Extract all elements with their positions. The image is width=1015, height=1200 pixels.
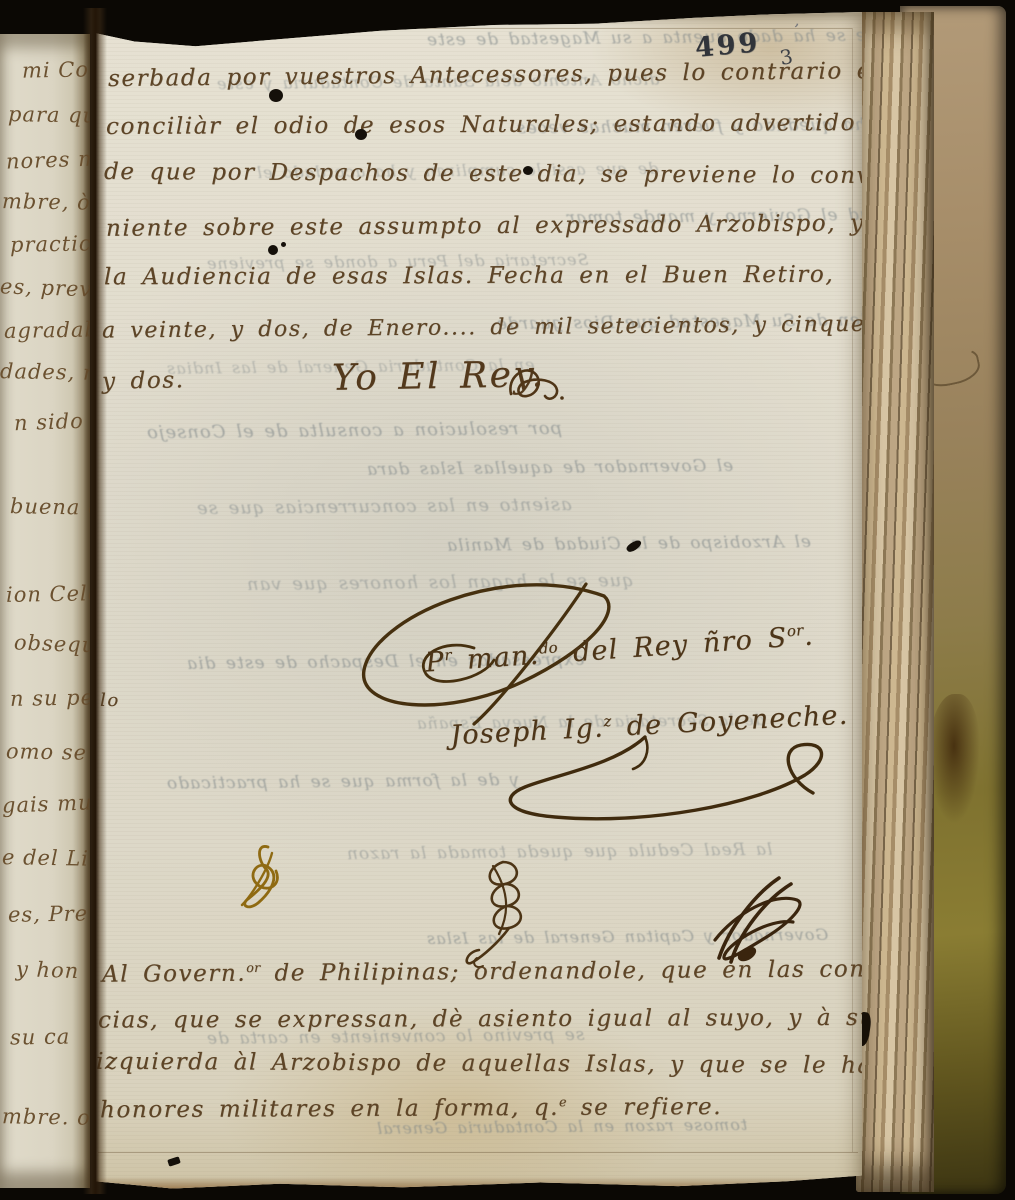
ruled-frame-line bbox=[852, 28, 853, 1152]
facing-text-fragment: ion Cele bbox=[6, 581, 90, 607]
facing-text-fragment: omo se bbox=[6, 739, 88, 764]
summary-line: izquierda àl Arzobispo de aquellas Islas… bbox=[96, 1049, 973, 1080]
decree-line: niente sobre este assumpto al expressado… bbox=[106, 210, 894, 241]
facing-text-fragment: buena ca bbox=[10, 494, 90, 520]
summary-line: Al Govern.or de Philipinas; ordenandole,… bbox=[102, 955, 963, 988]
decree-line: la Audiencia de esas Islas. Fecha en el … bbox=[104, 262, 834, 291]
manuscript-page: que se ha dado quenta a su Magestad de e… bbox=[96, 12, 862, 1192]
bleedthrough-line: el Governador de aquellas Islas dara bbox=[366, 456, 733, 480]
facing-text-fragment: dades, n bbox=[0, 359, 90, 385]
facing-text-fragment: n su per bbox=[10, 685, 90, 711]
decree-line: conciliàr el odio de esos Naturales; est… bbox=[106, 110, 856, 140]
ink-blot bbox=[269, 89, 283, 102]
facing-text-fragment: es, Prev bbox=[8, 901, 90, 927]
manuscript-scan: mi Co para que nores m mbre, òs practica… bbox=[0, 0, 1015, 1200]
facing-text-fragment: e del Lib bbox=[2, 845, 90, 871]
facing-text-fragment: para que bbox=[8, 102, 90, 128]
facing-text-fragment: mbre. o bbox=[2, 1104, 90, 1130]
facing-text-fragment: practica bbox=[10, 231, 90, 257]
facing-text-fragment: mi Co bbox=[22, 57, 89, 82]
summary-line: cias, que se expressan, dè asiento igual… bbox=[98, 1004, 960, 1033]
signature-flourish-icon bbox=[495, 735, 835, 830]
ink-blot bbox=[268, 245, 278, 255]
ink-blot bbox=[523, 166, 533, 175]
folio-number: 499 bbox=[694, 27, 762, 64]
ink-blot bbox=[281, 242, 286, 247]
facing-text-fragment: agradable bbox=[4, 317, 90, 343]
decree-line: de que por Despachos de este dia, se pre… bbox=[104, 159, 896, 189]
facing-text-fragment: y hon bbox=[16, 957, 80, 983]
facing-text-fragment: es, previ bbox=[0, 274, 90, 301]
facing-text-fragment: nores m bbox=[6, 146, 90, 173]
facing-page-edge: mi Co para que nores m mbre, òs practica… bbox=[0, 34, 90, 1188]
bleedthrough-line: por resolucion a consulta de el Consejo bbox=[146, 418, 562, 443]
bleedthrough-line: y de la forma que se ha practicado bbox=[166, 770, 520, 794]
ruled-frame-line bbox=[98, 1152, 858, 1153]
cover-stain bbox=[928, 694, 980, 824]
gold-rubric-icon bbox=[228, 841, 294, 913]
bleedthrough-line: asiento en las concurrencias que se bbox=[196, 494, 572, 519]
facing-text-fragment: n sido bbox=[14, 409, 85, 435]
facing-text-fragment: obsequi bbox=[14, 630, 90, 657]
ink-blot bbox=[355, 129, 367, 140]
royal-rubric-icon bbox=[505, 360, 567, 410]
braided-rubric-icon bbox=[455, 858, 547, 973]
page-deckle-edge bbox=[96, 1177, 862, 1192]
facing-text-fragment: mbre, òs bbox=[2, 189, 90, 215]
decree-line: y dos. bbox=[102, 367, 185, 394]
facing-text-fragment: gais mu bbox=[2, 790, 90, 817]
facing-text-fragment: su ca bbox=[10, 1024, 71, 1049]
book-gutter bbox=[83, 8, 107, 1194]
page-stack-edge bbox=[856, 12, 934, 1192]
summary-line: honores militares en la forma, q.e se re… bbox=[100, 1093, 722, 1123]
